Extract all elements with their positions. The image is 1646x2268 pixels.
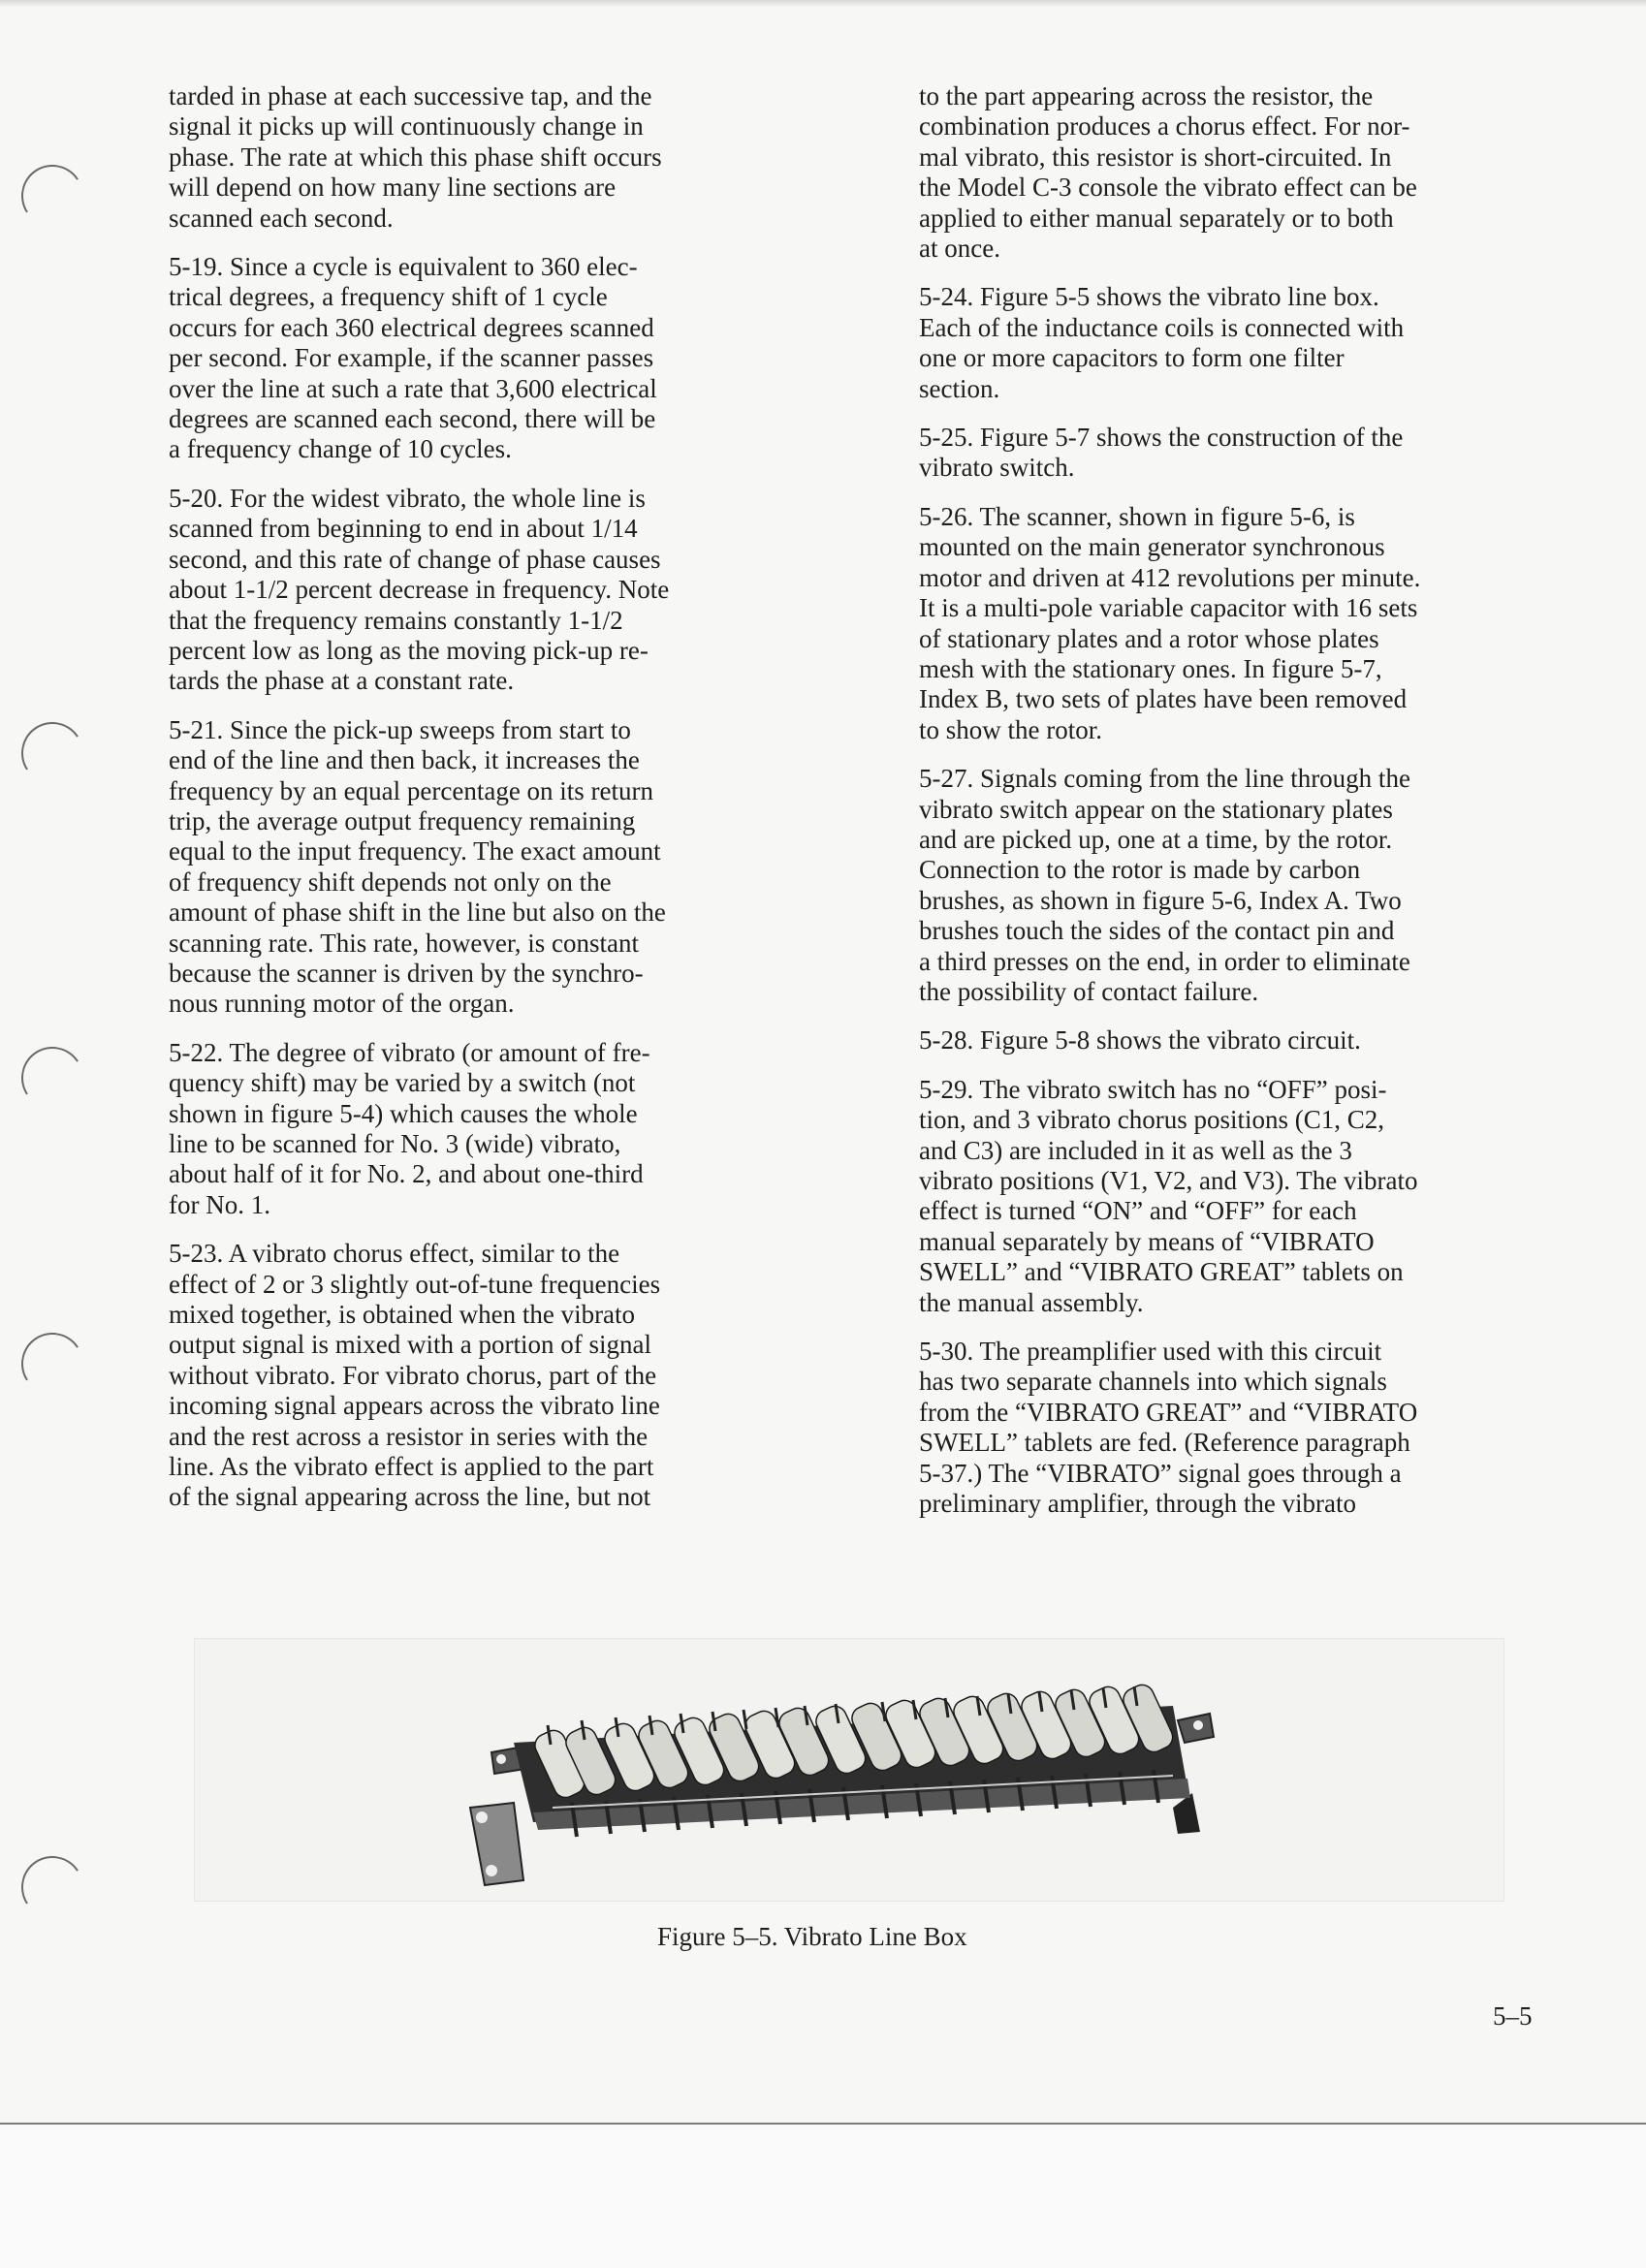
paragraph: tarded in phase at each successive tap, … bbox=[169, 81, 789, 234]
page-number: 5–5 bbox=[1493, 2001, 1533, 2032]
figure-caption: Figure 5–5. Vibrato Line Box bbox=[657, 1922, 967, 1952]
paragraph: 5-19. Since a cycle is equivalent to 360… bbox=[169, 252, 789, 465]
paragraph: 5-30. The preamplifier used with this ci… bbox=[919, 1337, 1539, 1519]
paragraph: to the part appearing across the resisto… bbox=[919, 81, 1539, 264]
left-text-column: tarded in phase at each successive tap, … bbox=[169, 81, 789, 1531]
paragraph: 5-26. The scanner, shown in figure 5-6, … bbox=[919, 502, 1539, 745]
paragraph: 5-23. A vibrato chorus effect, similar t… bbox=[169, 1239, 789, 1513]
punch-hole-icon bbox=[16, 1327, 89, 1401]
punch-hole-icon bbox=[16, 1850, 89, 1924]
scanned-page: tarded in phase at each successive tap, … bbox=[0, 0, 1646, 2123]
scanner-background bbox=[0, 2123, 1646, 2268]
paragraph: 5-27. Signals coming from the line throu… bbox=[919, 764, 1539, 1007]
punch-hole-icon bbox=[16, 159, 89, 233]
paragraph: 5-22. The degree of vibrato (or amount o… bbox=[169, 1038, 789, 1220]
paragraph: 5-20. For the widest vibrato, the whole … bbox=[169, 484, 789, 697]
page-top-shadow bbox=[0, 0, 1646, 8]
punch-hole-icon bbox=[16, 716, 89, 790]
paragraph: 5-21. Since the pick-up sweeps from star… bbox=[169, 715, 789, 1020]
vibrato-line-box-photo-icon bbox=[456, 1667, 1231, 1919]
paragraph: 5-25. Figure 5-7 shows the construction … bbox=[919, 423, 1539, 484]
paragraph: 5-29. The vibrato switch has no “OFF” po… bbox=[919, 1075, 1539, 1318]
paragraph: 5-24. Figure 5-5 shows the vibrato line … bbox=[919, 282, 1539, 404]
vibrato-line-box-figure bbox=[456, 1667, 1231, 1919]
punch-hole-icon bbox=[16, 1041, 89, 1115]
right-text-column: to the part appearing across the resisto… bbox=[919, 81, 1539, 1537]
paragraph: 5-28. Figure 5-8 shows the vibrato circu… bbox=[919, 1025, 1539, 1055]
